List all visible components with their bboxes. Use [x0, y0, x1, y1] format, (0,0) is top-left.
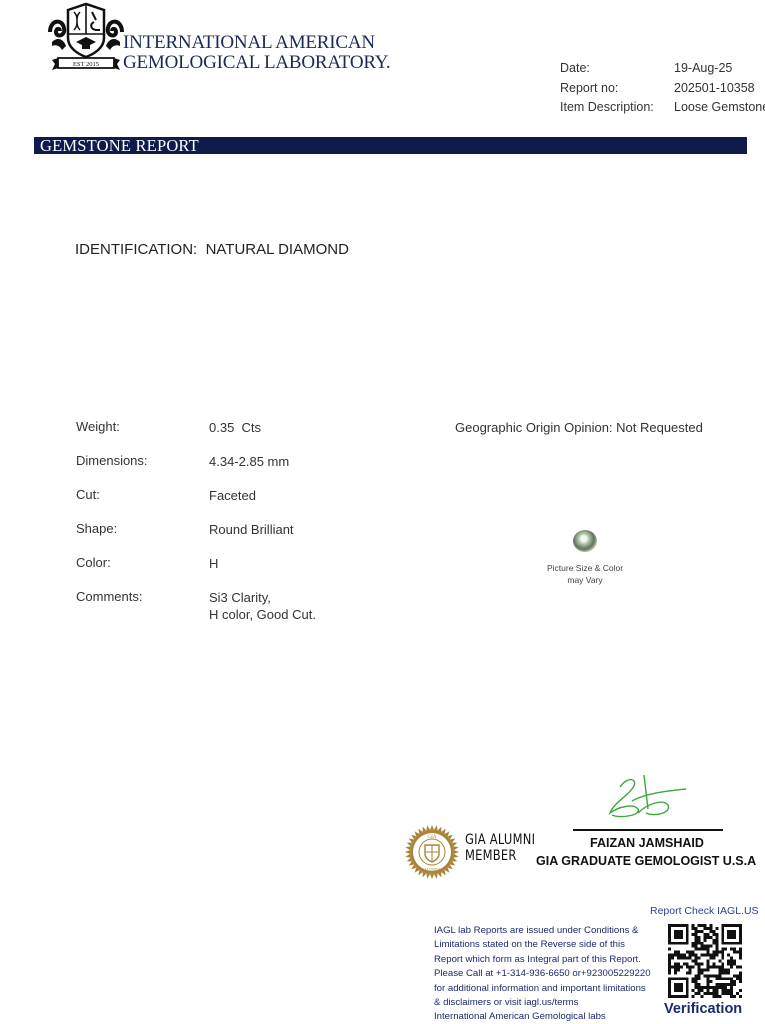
disclaimer-text: IAGL lab Reports are issued under Condit… [434, 924, 659, 1024]
report-meta: Date: 19-Aug-25 Report no: 202501-10358 … [560, 59, 765, 118]
spec-value: H [209, 555, 218, 572]
spec-label: Cut: [76, 487, 100, 502]
verification-caption: Verification [664, 1001, 742, 1017]
disclaimer-line: International American Gemological labs [434, 1010, 659, 1024]
report-title-bar: GEMSTONE REPORT [34, 137, 747, 154]
meta-label: Date: [560, 59, 674, 79]
spec-value-line1: Si3 Clarity, [209, 589, 316, 606]
laboratory-name: INTERNATIONAL AMERICAN GEMOLOGICAL LABOR… [123, 33, 390, 73]
geographic-origin-opinion: Geographic Origin Opinion: Not Requested [455, 420, 703, 435]
disclaimer-line: Please Call at +1-314-936-6650 or+923005… [434, 967, 659, 981]
gia-alumni-seal-icon: GIA ALUMNI [404, 824, 460, 880]
meta-value: 202501-10358 [674, 79, 755, 99]
report-check-label: Report Check IAGL.US [650, 905, 759, 917]
disclaimer-line: for additional information and important… [434, 982, 659, 996]
disclaimer-line: Limitations stated on the Reverse side o… [434, 938, 659, 952]
identification-label: IDENTIFICATION: [75, 241, 197, 258]
laboratory-name-line2: GEMOLOGICAL LABORATORY. [123, 53, 390, 73]
gia-line2: MEMBER [465, 848, 535, 864]
spec-label: Dimensions: [76, 453, 148, 468]
svg-text:GIA: GIA [428, 835, 437, 840]
spec-value: Faceted [209, 487, 256, 504]
signer-title: GIA GRADUATE GEMOLOGIST U.S.A [536, 854, 756, 868]
gem-image-caption: Picture Size & Color may Vary [535, 562, 635, 586]
disclaimer-line: Report which form as Integral part of th… [434, 953, 659, 967]
meta-value: 19-Aug-25 [674, 59, 732, 79]
spec-label: Comments: [76, 589, 142, 604]
meta-row-report-no: Report no: 202501-10358 [560, 79, 765, 99]
crest-banner-text: EST 2015 [73, 61, 99, 68]
spec-value-multiline: Si3 Clarity, H color, Good Cut. [209, 589, 316, 623]
signature-line [573, 829, 723, 831]
spec-label: Weight: [76, 419, 120, 434]
spec-label: Color: [76, 555, 111, 570]
gia-line1: GIA ALUMNI [465, 832, 535, 848]
report-title: GEMSTONE REPORT [40, 136, 199, 155]
identification-value: NATURAL DIAMOND [206, 241, 349, 258]
signer-name: FAIZAN JAMSHAID [590, 836, 704, 850]
meta-label: Report no: [560, 79, 674, 99]
spec-value-line2: H color, Good Cut. [209, 606, 316, 623]
identification: IDENTIFICATION: NATURAL DIAMOND [75, 241, 349, 258]
svg-text:ALUMNI: ALUMNI [424, 867, 441, 872]
meta-row-date: Date: 19-Aug-25 [560, 59, 765, 79]
laboratory-name-line1: INTERNATIONAL AMERICAN [123, 33, 390, 53]
diamond-photo [573, 530, 597, 552]
disclaimer-line: IAGL lab Reports are issued under Condit… [434, 924, 659, 938]
gia-alumni-member-label: GIA ALUMNI MEMBER [465, 832, 535, 864]
caption-line1: Picture Size & Color [535, 562, 635, 574]
meta-row-item-description: Item Description: Loose Gemstone [560, 98, 765, 118]
spec-label: Shape: [76, 521, 117, 536]
spec-value: 4.34-2.85 mm [209, 453, 289, 470]
caption-line2: may Vary [535, 574, 635, 586]
disclaimer-line: & disclaimers or visit iagl.us/terms [434, 996, 659, 1010]
meta-value: Loose Gemstone [674, 98, 765, 118]
laboratory-crest-icon: EST 2015 [48, 2, 124, 72]
spec-value: Round Brilliant [209, 521, 294, 538]
qr-code-icon[interactable] [668, 924, 742, 998]
signature-mark [598, 773, 690, 823]
spec-value: 0.35 Cts [209, 419, 261, 436]
meta-label: Item Description: [560, 98, 674, 118]
